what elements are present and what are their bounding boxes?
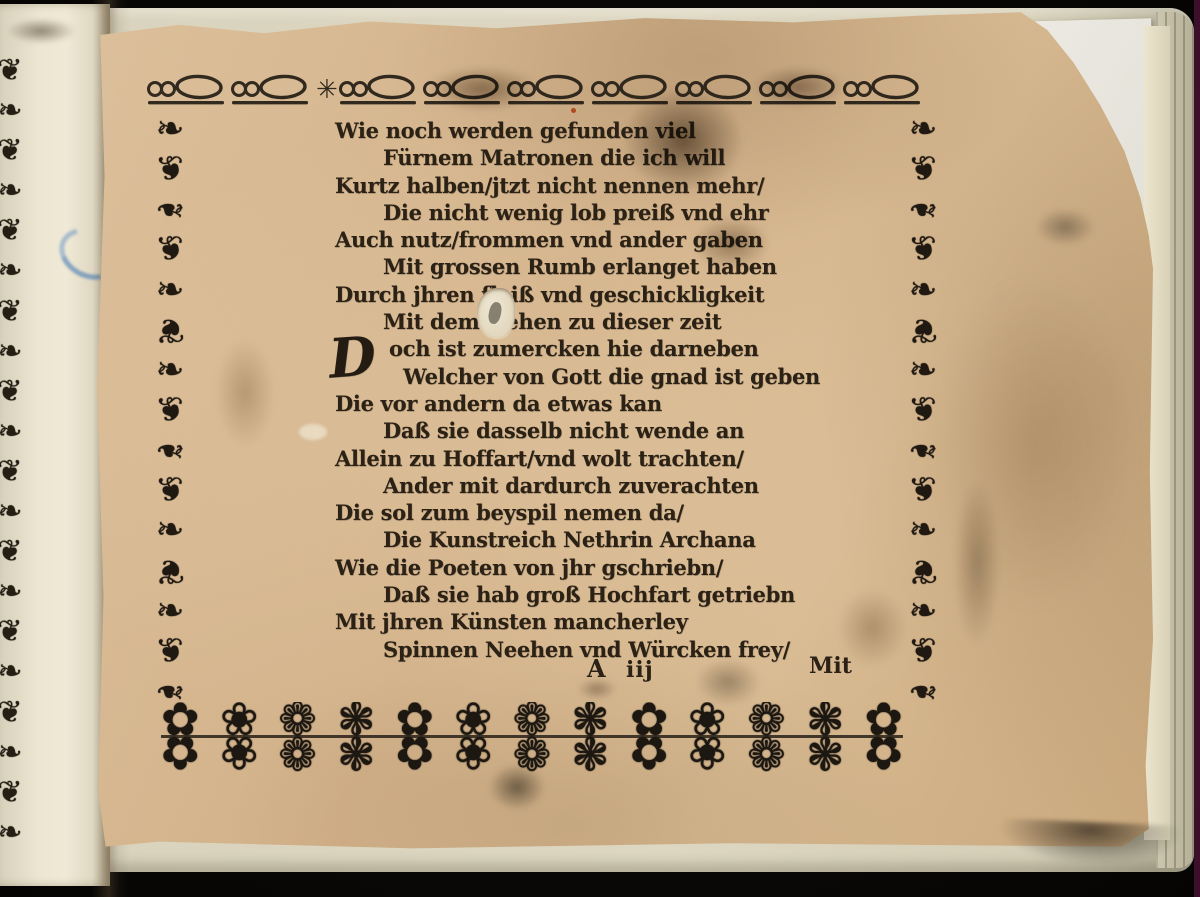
ornament-glyph: ❦ [155,552,185,590]
bottom-border-ornament: ✿❀❁❃✿❀❁❃✿❀❁❃✿ ✿❀❁❃✿❀❁❃✿❀❁❃✿ [161,702,903,772]
ornament-glyph: ❧ [156,110,185,148]
ornament-glyph: ✿ [395,736,434,770]
poem-line: Die nicht wenig lob preiß vnd ehr [335,200,915,227]
water-stain [215,338,275,448]
ornament-glyph: ❦ [0,373,23,411]
ink-stain [1035,208,1095,246]
left-border-strip: ❧❦❧❦❧❦❧❦❧❦❧❦❧❦❧ [148,110,192,710]
ornament-glyph: ❧ [0,653,23,691]
ornament-glyph: ❦ [0,293,23,331]
poem-line: Wie die Poeten von jhr gschriebn/ [335,555,915,582]
ornament-glyph: ✿ [161,736,200,770]
poem-line: Die vor andern da etwas kan [335,391,915,418]
poem-line: Fürnem Matronen die ich will [335,145,915,172]
ornament-glyph: ❦ [0,774,23,812]
ornament-glyph: ❧ [156,511,185,549]
water-stain [935,278,1135,608]
ornament-glyph: ❦ [154,630,186,671]
ornament-glyph: ❦ [0,52,23,90]
ornament-glyph: ❧ [0,573,23,611]
paper-fleck [299,424,327,440]
ornament-glyph: ❦ [154,470,186,511]
water-stain [953,478,1001,648]
poem-line: Wie noch werden gefunden viel [335,118,915,145]
ornament-glyph: ❧ [908,672,938,710]
ornament-glyph: ❧ [156,271,185,309]
poem-line: Allein zu Hoffart/vnd wolt trachten/ [335,446,915,473]
ornament-glyph: ❀ [454,736,493,770]
poem-line: Daß sie dasselb nicht wende an [335,418,915,445]
poem: Wie noch werden gefunden vielFürnem Matr… [335,118,915,664]
ornament-glyph: ❧ [156,351,185,389]
signature-letter: A [587,654,606,683]
page: ✳ ❧❦❧❦❧❦❧❦❧❦❧❦❧❦❧ ❧❦❧❦❧❦❧❦❧❦❧❦❧❦❧ ✿❀❁❃✿❀… [95,8,1153,850]
show-through-mark [487,301,503,325]
poem-line: Daß sie hab groß Hochfart getriebn [335,582,915,609]
ornament-glyph: ❧ [0,172,23,210]
ornament-glyph: ❧ [0,252,23,290]
bottom-border-row-bottom: ✿❀❁❃✿❀❁❃✿❀❁❃✿ [161,736,903,770]
decorated-initial: D [327,329,377,386]
poem-line: Mit dem Nehen zu dieser zeit [335,309,915,336]
catchword: Mit [809,653,852,679]
paper-hole [477,288,515,338]
ornament-glyph: ❃ [337,736,376,770]
ornament-glyph: ❦ [154,229,186,270]
poem-line: Die sol zum beyspil nemen da/ [335,500,915,527]
ornament-glyph: ❁ [747,736,786,770]
ornament-glyph: ❧ [0,92,23,130]
ornament-glyph: ❀ [688,736,727,770]
signature-number: iij [626,657,654,683]
ornament-glyph: ❧ [156,592,185,630]
ornament-glyph: ✿ [864,736,903,770]
poem-line: Kurtz halben/jtzt nicht nennen mehr/ [335,173,915,200]
svg-text:✳: ✳ [316,75,338,105]
ornament-glyph: ❦ [154,390,186,431]
ink-stain [695,658,761,706]
ornament-glyph: ❀ [220,736,259,770]
ornament-glyph: ❦ [0,212,23,250]
ornament-glyph: ❃ [806,736,845,770]
ornament-glyph: ❧ [0,413,23,451]
top-border-ornament: ✳ [145,74,933,108]
poem-line-text: och ist zumercken hie darneben [389,336,759,361]
ornament-glyph: ❦ [0,613,23,651]
poem-line: Mit jhren Künsten mancherley [335,609,915,636]
ornament-glyph: ❁ [513,736,552,770]
facing-page-stain [6,18,76,44]
ornament-glyph: ❦ [154,149,186,190]
foxing-dot [571,108,576,113]
ornament-glyph: ❧ [0,333,23,371]
ornament-glyph: ❦ [155,311,185,349]
poem-line: Auch nutz/frommen vnd ander gaben [335,227,915,254]
facing-page-border: ❦❧❦❧❦❧❦❧❦❧❦❧❦❧❦❧❦❧❦❧ [0,52,34,852]
ornament-glyph: ❦ [0,533,23,571]
ornament-glyph: ❧ [155,190,185,228]
ornament-glyph: ❦ [0,453,23,491]
ornament-glyph: ❧ [155,431,185,469]
ornament-glyph: ❧ [0,734,23,772]
book-photograph: ❦❧❦❧❦❧❦❧❦❧❦❧❦❧❦❧❦❧❦❧ ✳ ❧❦❧❦❧❦❧❦❧❦❧❦❧❦❧ ❧… [0,0,1200,897]
ornament-glyph: ❧ [0,493,23,531]
ornament-glyph: ❁ [278,736,317,770]
ornament-glyph: ❦ [0,694,23,732]
ornament-glyph: ❧ [0,814,23,852]
poem-line: Welcher von Gott die gnad ist geben [335,364,915,391]
poem-line: Ander mit dardurch zuverachten [335,473,915,500]
poem-line: Doch ist zumercken hie darneben [335,336,915,363]
ornament-glyph: ❃ [571,736,610,770]
poem-line: Durch jhren fleiß vnd geschickligkeit [335,282,915,309]
poem-line: Mit grossen Rumb erlanget haben [335,254,915,281]
poem-line: Die Kunstreich Nethrin Archana [335,527,915,554]
image-edge-strip [1194,0,1200,897]
page-shadow [999,818,1181,868]
ornament-glyph: ❦ [0,132,23,170]
ornament-glyph: ✿ [630,736,669,770]
